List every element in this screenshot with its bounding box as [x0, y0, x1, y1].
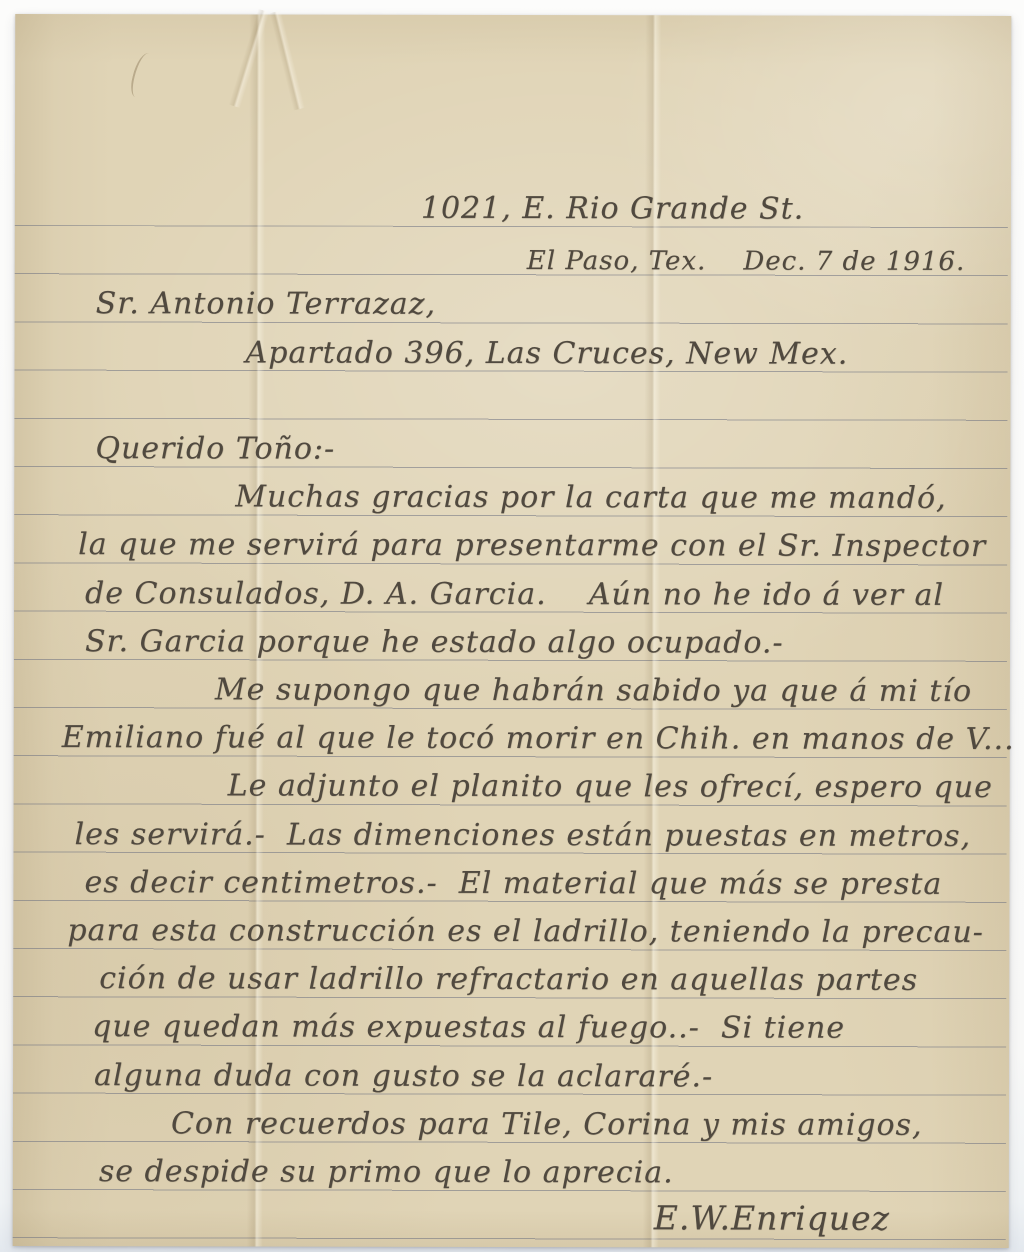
- recipient-name-line: Sr. Antonio Terrazaz,: [96, 284, 436, 325]
- body-line: para esta construcción es el ladrillo, t…: [67, 911, 984, 953]
- paper-fold-crease: [269, 11, 305, 111]
- salutation-line: Querido Toño:-: [95, 429, 335, 470]
- body-line: que quedan más expuestas al fuego..- Si …: [92, 1007, 845, 1049]
- closing-line: se despide su primo que lo aprecia.: [99, 1152, 674, 1193]
- recipient-address-line: Apartado 396, Las Cruces, New Mex.: [246, 333, 849, 374]
- body-line: es decir centimetros.- El material que m…: [84, 863, 942, 905]
- letter-paper: 1021, E. Rio Grande St. El Paso, Tex. De…: [13, 14, 1012, 1248]
- paper-flaw-mark: [128, 51, 157, 100]
- body-line: Le adjunto el planito que les ofrecí, es…: [228, 766, 993, 808]
- body-line: Muchas gracias por la carta que me mandó…: [235, 477, 946, 518]
- scan-background: 1021, E. Rio Grande St. El Paso, Tex. De…: [0, 0, 1024, 1252]
- body-line: ción de usar ladrillo refractario en aqu…: [99, 959, 918, 1001]
- signature: E.W.Enriquez: [654, 1198, 890, 1238]
- body-line: alguna duda con gusto se la aclararé.-: [94, 1056, 713, 1097]
- body-line: de Consulados, D. A. Garcia. Aún no he i…: [85, 574, 944, 616]
- body-line: les servirá.- Las dimenciones están pues…: [75, 815, 972, 857]
- closing-line: Con recuerdos para Tile, Corina y mis am…: [171, 1104, 923, 1146]
- body-line: Sr. Garcia porque he estado algo ocupado…: [85, 622, 784, 663]
- body-line: la que me servirá para presentarme con e…: [78, 525, 986, 567]
- dateline: El Paso, Tex. Dec. 7 de 1916.: [527, 241, 966, 282]
- body-line: Me supongo que habrán sabido ya que á mi…: [215, 670, 972, 712]
- body-line: Emiliano fué al que le tocó morir en Chi…: [62, 718, 1015, 760]
- sender-address-line: 1021, E. Rio Grande St.: [421, 189, 804, 230]
